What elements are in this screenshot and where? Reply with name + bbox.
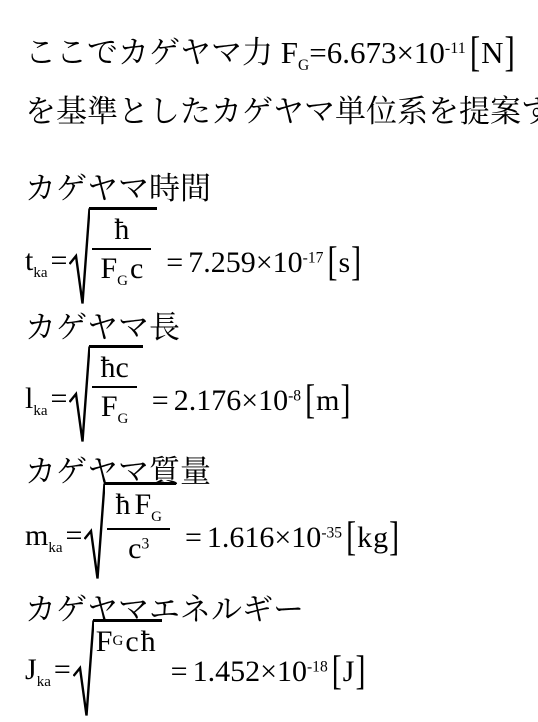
exponent: -18 xyxy=(307,658,328,675)
force-symbol: F xyxy=(101,390,118,423)
formula-lhs: tka= xyxy=(25,244,69,282)
unit-symbol: N xyxy=(481,35,504,70)
force-symbol: F xyxy=(100,252,117,285)
radicand: FGcħ xyxy=(93,619,162,660)
equation: tka= ħ FGc =7.259×10-17[s] xyxy=(25,219,528,307)
formula-result: =1.452×10-18[J] xyxy=(162,655,367,689)
formula-lhs: Jka= xyxy=(25,653,73,691)
fraction: ħFG c3 xyxy=(107,488,170,566)
radical-sign xyxy=(84,482,105,582)
equals-sign: = xyxy=(51,382,68,415)
force-symbol: F xyxy=(281,35,298,70)
radicand: ħFG c3 xyxy=(104,482,176,567)
square-root: FGcħ xyxy=(73,619,162,722)
variable-subscript: ka xyxy=(33,403,47,419)
bracket-open: [ xyxy=(305,377,316,424)
coefficient: 6.673×10 xyxy=(327,35,445,70)
exponent: -11 xyxy=(445,40,466,57)
denominator: c3 xyxy=(120,530,157,566)
force-subscript: G xyxy=(117,273,128,289)
c-symbol: c xyxy=(130,252,143,285)
equals-sign: = xyxy=(54,653,71,686)
formula-result: =7.259×10-17[s] xyxy=(157,246,362,280)
equals-sign: = xyxy=(309,35,326,70)
equation: lka= ħc FG =2.176×10-8[m] xyxy=(25,358,528,444)
bracket-open: [ xyxy=(332,648,343,695)
unit-symbol: kg xyxy=(357,521,389,554)
document-page: ここでカゲヤマ力 FG=6.673×10-11[N] を基準としたカゲヤマ単位系… xyxy=(0,0,538,722)
square-root: ħc FG xyxy=(69,345,142,457)
section-kageyama-mass: カゲヤマ質量 mka= ħFG c3 =1.616×10-35[kg] xyxy=(25,456,528,582)
section-kageyama-energy: カゲヤマエネルギー Jka= FGcħ =1.452×10-18[J] xyxy=(25,594,528,698)
c-symbol: c xyxy=(125,625,138,659)
equals-sign: = xyxy=(166,246,183,279)
variable: m xyxy=(25,519,48,552)
numerator: ħ xyxy=(106,213,137,249)
square-root: ħFG c3 xyxy=(84,482,176,594)
formula-lhs: lka= xyxy=(25,382,69,420)
intro-text: ここでカゲヤマ力 xyxy=(25,35,281,70)
formula-lhs: mka= xyxy=(25,519,84,557)
radical-sign xyxy=(69,345,90,445)
coefficient: 1.616×10 xyxy=(207,521,321,554)
equals-sign: = xyxy=(171,655,188,688)
denominator: FGc xyxy=(92,250,151,291)
formula-result: =1.616×10-35[kg] xyxy=(176,521,400,555)
c-exponent: 3 xyxy=(141,536,149,553)
radical-sign xyxy=(69,207,90,307)
square-root: ħ FGc xyxy=(69,207,157,319)
hbar-c-symbols: ħc xyxy=(100,351,128,384)
variable: J xyxy=(25,653,37,686)
equals-sign: = xyxy=(66,519,83,552)
bracket-close: ] xyxy=(340,377,351,424)
formula-result: =2.176×10-8[m] xyxy=(143,384,352,418)
bracket-close: ] xyxy=(355,648,366,695)
section-heading: カゲヤマ時間 xyxy=(25,173,528,205)
equation: Jka= FGcħ =1.452×10-18[J] xyxy=(25,646,528,698)
radicand: ħ FGc xyxy=(89,207,157,292)
c-symbol: c xyxy=(128,532,141,565)
intro-line-1: ここでカゲヤマ力 FG=6.673×10-11[N] xyxy=(25,26,528,89)
fraction: ħc FG xyxy=(92,351,136,429)
bracket-close: ] xyxy=(389,514,400,561)
equals-sign: = xyxy=(51,244,68,277)
unit: [m] xyxy=(305,384,351,417)
bracket-close: ] xyxy=(351,239,362,286)
unit: [J] xyxy=(332,655,367,688)
variable-subscript: ka xyxy=(48,540,62,556)
unit: [s] xyxy=(327,246,362,279)
coefficient: 1.452×10 xyxy=(193,655,307,688)
intro-text: を基準としたカゲヤマ単位系を提案する xyxy=(25,94,538,129)
denominator: FG xyxy=(93,388,137,429)
bracket-close: ] xyxy=(505,20,516,83)
coefficient: 7.259×10 xyxy=(188,246,302,279)
radical-sign xyxy=(73,619,94,719)
hbar-symbol: ħ xyxy=(115,488,130,521)
exponent: -35 xyxy=(321,524,342,541)
unit-symbol: m xyxy=(316,384,340,417)
equation: mka= ħFG c3 =1.616×10-35[kg] xyxy=(25,494,528,582)
coefficient: 2.176×10 xyxy=(174,384,288,417)
unit: [kg] xyxy=(346,521,400,554)
force-subscript: G xyxy=(151,509,162,525)
bracket-open: [ xyxy=(346,514,357,561)
section-kageyama-length: カゲヤマ長 lka= ħc FG =2.176×10-8[m] xyxy=(25,312,528,444)
section-heading: カゲヤマ長 xyxy=(25,312,528,344)
exponent: -17 xyxy=(303,249,324,266)
bracket-open: [ xyxy=(470,20,481,83)
bracket-open: [ xyxy=(327,239,338,286)
intro-line-2: を基準としたカゲヤマ単位系を提案する xyxy=(25,89,528,135)
variable-subscript: ka xyxy=(37,674,51,690)
numerator: ħc xyxy=(92,351,136,387)
unit-symbol: s xyxy=(338,246,351,279)
variable-subscript: ka xyxy=(33,265,47,281)
force-subscript: G xyxy=(298,57,309,74)
section-kageyama-time: カゲヤマ時間 tka= ħ FGc =7.259×10-17[s] xyxy=(25,173,528,307)
radicand: ħc FG xyxy=(89,345,142,430)
equals-sign: = xyxy=(152,384,169,417)
equals-sign: = xyxy=(185,521,202,554)
force-subscript: G xyxy=(112,633,123,650)
force-symbol: F xyxy=(134,488,151,521)
fraction: ħ FGc xyxy=(92,213,151,291)
force-subscript: G xyxy=(118,411,129,427)
unit: [N] xyxy=(470,35,516,70)
unit-symbol: J xyxy=(343,655,356,688)
hbar-symbol: ħ xyxy=(114,213,129,246)
numerator: ħFG xyxy=(107,488,170,529)
force-symbol: F xyxy=(96,625,113,659)
exponent: -8 xyxy=(288,387,301,404)
hbar-symbol: ħ xyxy=(141,625,156,659)
